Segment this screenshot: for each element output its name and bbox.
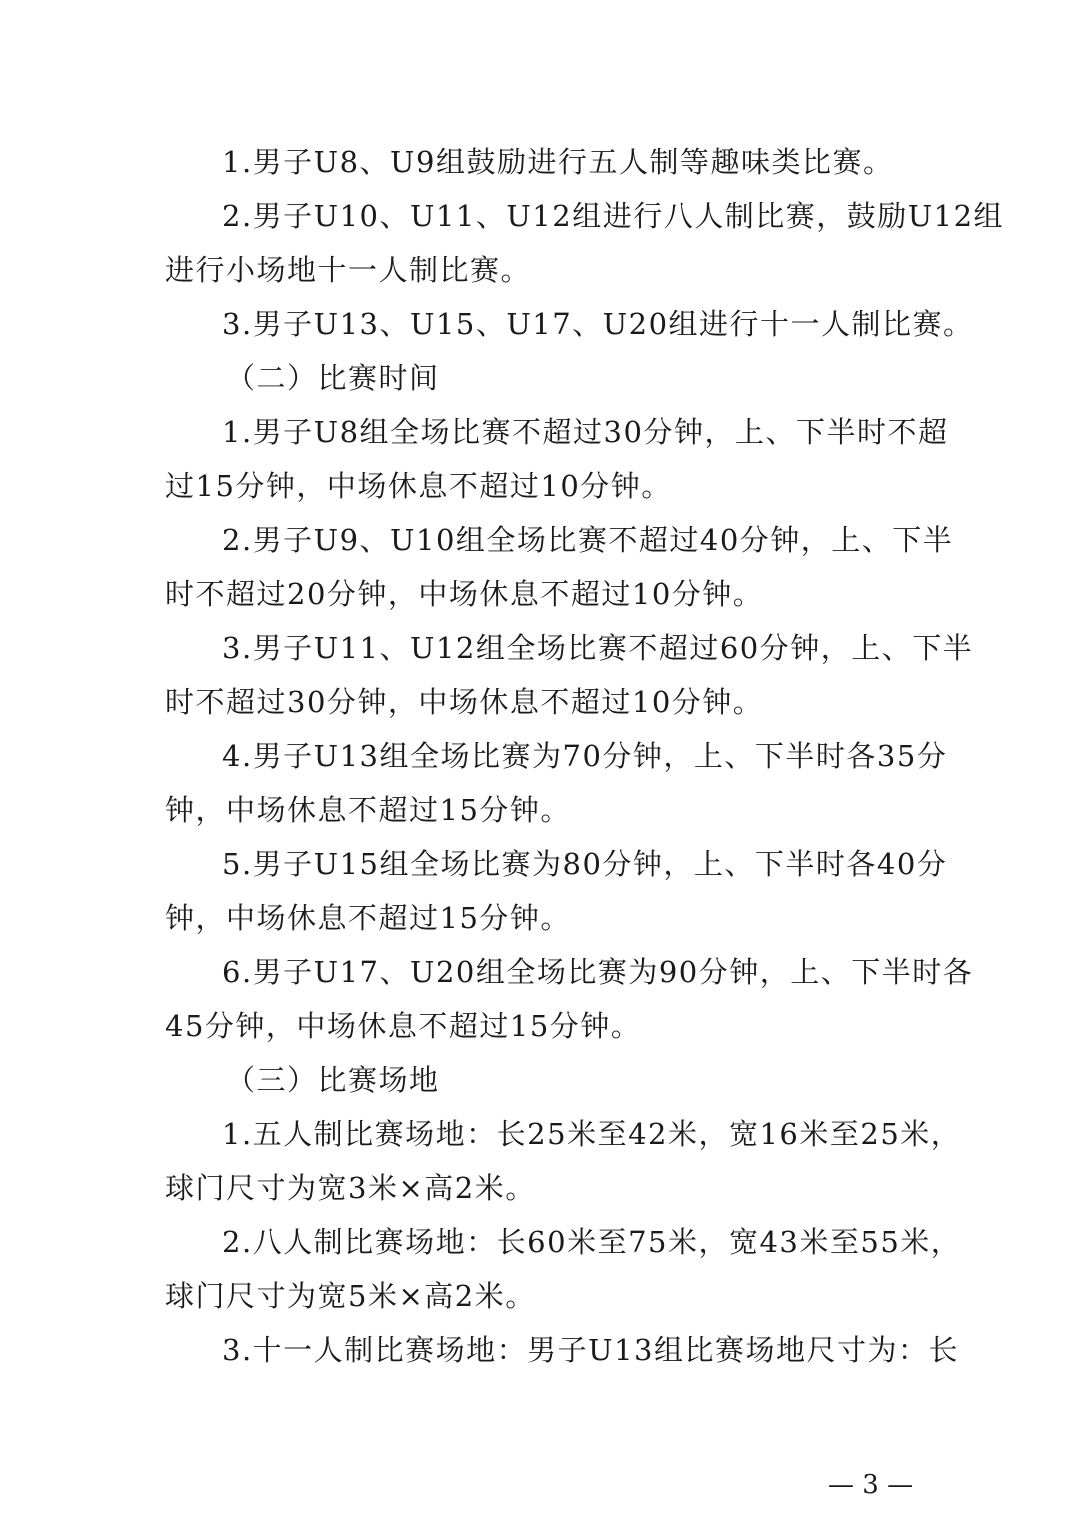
paragraph-line: 过15分钟，中场休息不超过10分钟。 [165, 469, 672, 503]
paragraph-line: 进行小场地十一人制比赛。 [165, 253, 531, 287]
paragraph-line: 45分钟，中场休息不超过15分钟。 [165, 1009, 641, 1043]
paragraph-line: 1.男子U8组全场比赛不超过30分钟，上、下半时不超 [222, 415, 948, 449]
paragraph-line: 1.男子U8、U9组鼓励进行五人制等趣味类比赛。 [222, 145, 893, 179]
paragraph-line: 5.男子U15组全场比赛为80分钟，上、下半时各40分 [222, 847, 947, 881]
section-heading-match-venue: （三）比赛场地 [226, 1063, 440, 1097]
paragraph-line: 2.男子U10、U11、U12组进行八人制比赛，鼓励U12组 [222, 199, 1004, 233]
section-heading-match-time: （二）比赛时间 [226, 361, 440, 395]
paragraph-line: 球门尺寸为宽5米×高2米。 [165, 1279, 536, 1313]
paragraph-line: 时不超过20分钟，中场休息不超过10分钟。 [165, 577, 763, 611]
paragraph-line: 1.五人制比赛场地：长25米至42米，宽16米至25米， [222, 1117, 961, 1151]
paragraph-line: 钟，中场休息不超过15分钟。 [165, 793, 571, 827]
paragraph-line: 6.男子U17、U20组全场比赛为90分钟，上、下半时各 [222, 955, 973, 989]
paragraph-line: 球门尺寸为宽3米×高2米。 [165, 1171, 536, 1205]
paragraph-line: 时不超过30分钟，中场休息不超过10分钟。 [165, 685, 763, 719]
paragraph-line: 4.男子U13组全场比赛为70分钟，上、下半时各35分 [222, 739, 947, 773]
paragraph-line: 2.男子U9、U10组全场比赛不超过40分钟，上、下半 [222, 523, 953, 557]
paragraph-line: 3.男子U13、U15、U17、U20组进行十一人制比赛。 [222, 307, 974, 341]
page-number: — 3 — [828, 1470, 913, 1500]
paragraph-line: 3.男子U11、U12组全场比赛不超过60分钟，上、下半 [222, 631, 973, 665]
paragraph-line: 3.十一人制比赛场地：男子U13组比赛场地尺寸为：长 [222, 1333, 959, 1367]
paragraph-line: 2.八人制比赛场地：长60米至75米，宽43米至55米， [222, 1225, 961, 1259]
paragraph-line: 钟，中场休息不超过15分钟。 [165, 901, 571, 935]
